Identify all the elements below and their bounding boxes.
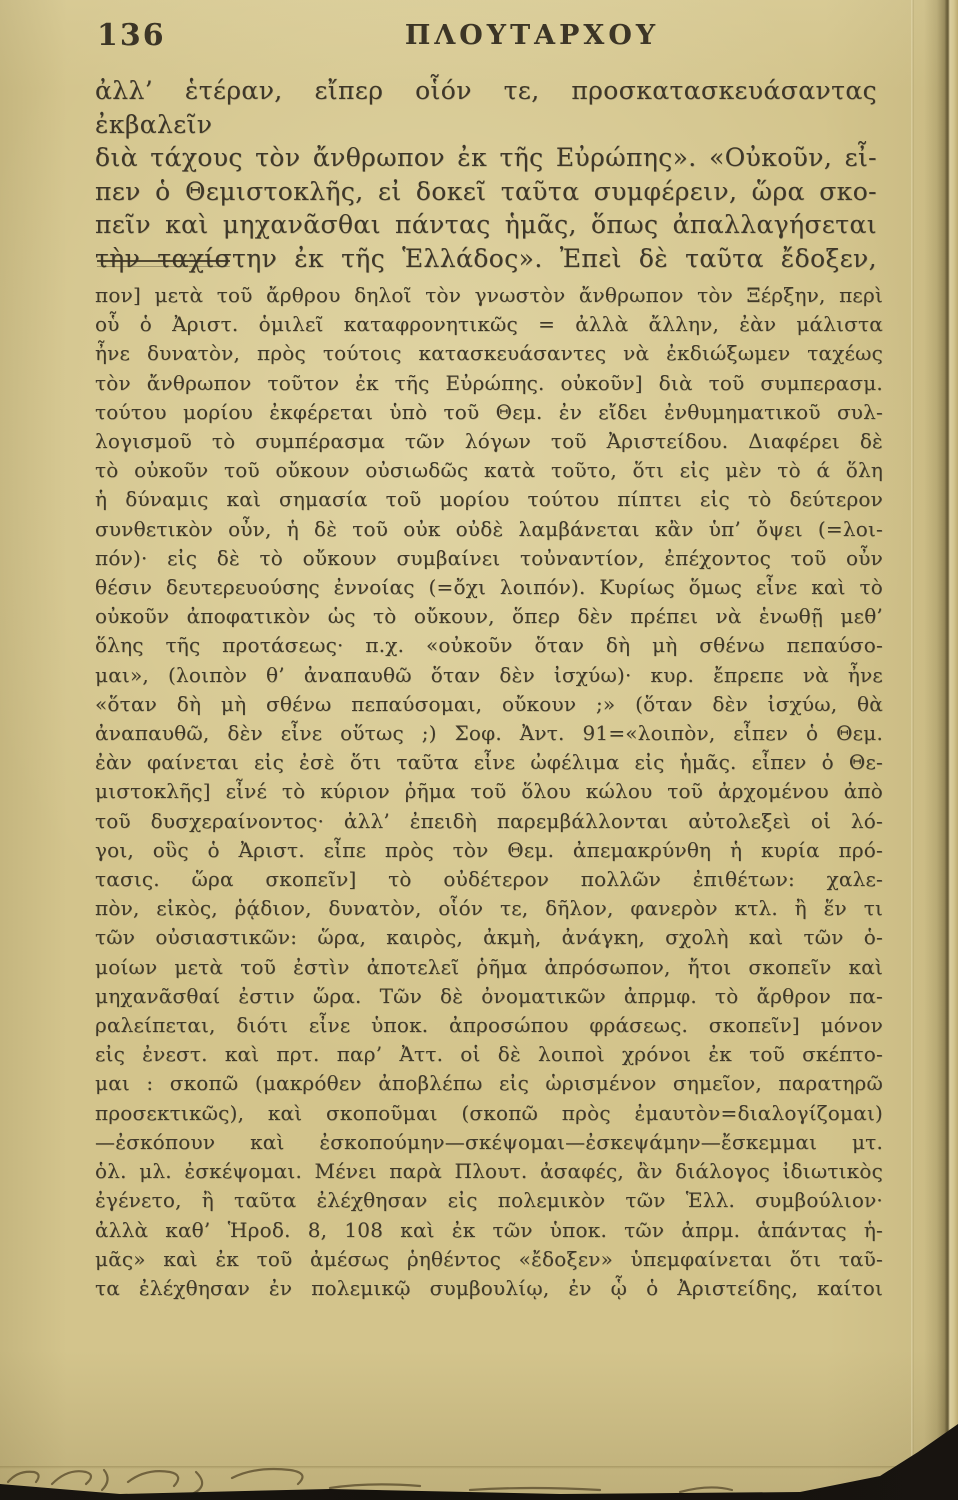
page-header-title: ΠΛΟΥΤΑΡΧΟΥ: [137, 20, 927, 51]
commentary-block: πον] μετὰ τοῦ ἄρθρου δηλοῖ τὸν γνωστὸν ἄ…: [95, 281, 883, 1303]
commentary-line: γοι, οὓς ὁ Ἀριστ. εἶπε πρὸς τὸν Θεμ. ἀπε…: [95, 836, 883, 865]
commentary-line: ἀλλὰ καθ’ Ἡροδ. 8, 108 καὶ ἐκ τῶν ὑποκ. …: [95, 1216, 883, 1245]
commentary-line: πὸν, εἰκὸς, ῥᾴδιον, δυνατὸν, οἷόν τε, δῆ…: [95, 894, 883, 923]
commentary-line: συνθετικὸν οὖν, ἡ δὲ τοῦ οὐκ οὐδὲ λαμβάν…: [95, 515, 883, 544]
commentary-line: τα ἐλέχθησαν ἐν πολεμικῷ συμβουλίῳ, ἐν ᾧ…: [95, 1274, 883, 1303]
book-page-scan: { "page": { "number": "136", "header_tit…: [0, 0, 958, 1500]
commentary-line: εἰς ἐνεστ. καὶ πρτ. παρ’ Ἀττ. οἱ δὲ λοιπ…: [95, 1040, 883, 1069]
commentary-line: πον] μετὰ τοῦ ἄρθρου δηλοῖ τὸν γνωστὸν ἄ…: [95, 281, 883, 310]
commentary-line: τῶν οὐσιαστικῶν: ὥρα, καιρὸς, ἀκμὴ, ἀνάγ…: [95, 923, 883, 952]
page-crease-line: [911, 0, 914, 1500]
commentary-line: μαι», (λοιπὸν θ’ ἀναπαυθῶ ὅταν δὲν ἰσχύω…: [95, 661, 883, 690]
commentary-line: μιστοκλῆς] εἶνέ τὸ κύριον ῥῆμα τοῦ ὅλου …: [95, 777, 883, 806]
commentary-line: προσεκτικῶς), καὶ σκοποῦμαι (σκοπῶ πρὸς …: [95, 1099, 883, 1128]
commentary-line: ἐγένετο, ἢ ταῦτα ἐλέχθησαν εἰς πολεμικὸν…: [95, 1186, 883, 1215]
main-text-line: διὰ τάχους τὸν ἄνθρωπον ἐκ τῆς Εὐρώπης».…: [95, 141, 877, 175]
main-text-line: τὴν ταχίστην ἐκ τῆς Ἑλλάδος». Ἐπεὶ δὲ τα…: [95, 242, 877, 276]
commentary-line: τασις. ὥρα σκοπεῖν] τὸ οὐδέτερον πολλῶν …: [95, 865, 883, 894]
commentary-line: τὸ οὐκοῦν τοῦ οὔκουν οὐσιωδῶς κατὰ τοῦτο…: [95, 456, 883, 485]
commentary-line: τὸν ἄνθρωπον τοῦτον ἐκ τῆς Εὐρώπης. οὐκο…: [95, 369, 883, 398]
commentary-line: ἐὰν φαίνεται εἰς ἐσὲ ὅτι ταῦτα εἶνε ὠφέλ…: [95, 748, 883, 777]
commentary-line: ραλείπεται, διότι εἶνε ὑποκ. ἀπροσώπου φ…: [95, 1011, 883, 1040]
main-text-block: ἀλλ’ ἑτέραν, εἴπερ οἷόν τε, προσκατασκευ…: [95, 74, 877, 275]
commentary-line: μαι : σκοπῶ (μακρόθεν ἀποβλέπω εἰς ὡρισμ…: [95, 1069, 883, 1098]
commentary-line: τοῦ δυσχεραίνοντος· ἀλλ’ ἐπειδὴ παρεμβάλ…: [95, 807, 883, 836]
commentary-line: μᾶς» καὶ ἐκ τοῦ ἀμέσως ῥηθέντος «ἔδοξεν»…: [95, 1245, 883, 1274]
commentary-line: ὁλ. μλ. ἐσκέψομαι. Μένει παρὰ Πλουτ. ἀσα…: [95, 1157, 883, 1186]
commentary-line: ὅλης τῆς προτάσεως· π.χ. «οὐκοῦν ὅταν δὴ…: [95, 631, 883, 660]
page-edge-shadow: [924, 0, 958, 1500]
main-text-line: πεῖν καὶ μηχανᾶσθαι πάντας ἡμᾶς, ὅπως ἀπ…: [95, 208, 877, 242]
commentary-line: ἀναπαυθῶ, δὲν εἶνε οὕτως ;) Σοφ. Ἀντ. 91…: [95, 719, 883, 748]
commentary-line: ἦνε δυνατὸν, πρὸς τούτοις κατασκευάσαντε…: [95, 339, 883, 368]
commentary-line: πόν)· εἰς δὲ τὸ οὔκουν συμβαίνει τοὐναντ…: [95, 544, 883, 573]
commentary-line: μοίων μετὰ τοῦ ἐστὶν ἀποτελεῖ ῥῆμα ἀπρόσ…: [95, 953, 883, 982]
page-header: 136 ΠΛΟΥΤΑΡΧΟΥ: [95, 18, 885, 62]
commentary-line: ἡ δύναμις καὶ σημασία τοῦ μορίου τούτου …: [95, 485, 883, 514]
separator-rule: [97, 260, 230, 267]
commentary-line: —ἐσκόπουν καὶ ἐσκοπούμην—σκέψομαι—ἐσκεψά…: [95, 1128, 883, 1157]
commentary-line: θέσιν δευτερευούσης ἐννοίας (=ὄχι λοιπόν…: [95, 573, 883, 602]
commentary-line: «ὅταν δὴ μὴ σθένω πεπαύσομαι, οὔκουν ;» …: [95, 690, 883, 719]
commentary-line: οὐκοῦν ἀποφατικὸν ὡς τὸ οὔκουν, ὅπερ δὲν…: [95, 602, 883, 631]
commentary-line: οὗ ὁ Ἀριστ. ὁμιλεῖ καταφρονητικῶς = ἀλλὰ…: [95, 310, 883, 339]
commentary-line: μηχανᾶσθαί ἐστιν ὥρα. Τῶν δὲ ὀνοματικῶν …: [95, 982, 883, 1011]
commentary-line: τούτου μορίου ἐκφέρεται ὑπὸ τοῦ Θεμ. ἐν …: [95, 398, 883, 427]
main-text-line: πεν ὁ Θεμιστοκλῆς, εἰ δοκεῖ ταῦτα συμφέρ…: [95, 175, 877, 209]
commentary-line: λογισμοῦ τὸ συμπέρασμα τῶν λόγων τοῦ Ἀρι…: [95, 427, 883, 456]
main-text-line: ἀλλ’ ἑτέραν, εἴπερ οἷόν τε, προσκατασκευ…: [95, 74, 877, 141]
